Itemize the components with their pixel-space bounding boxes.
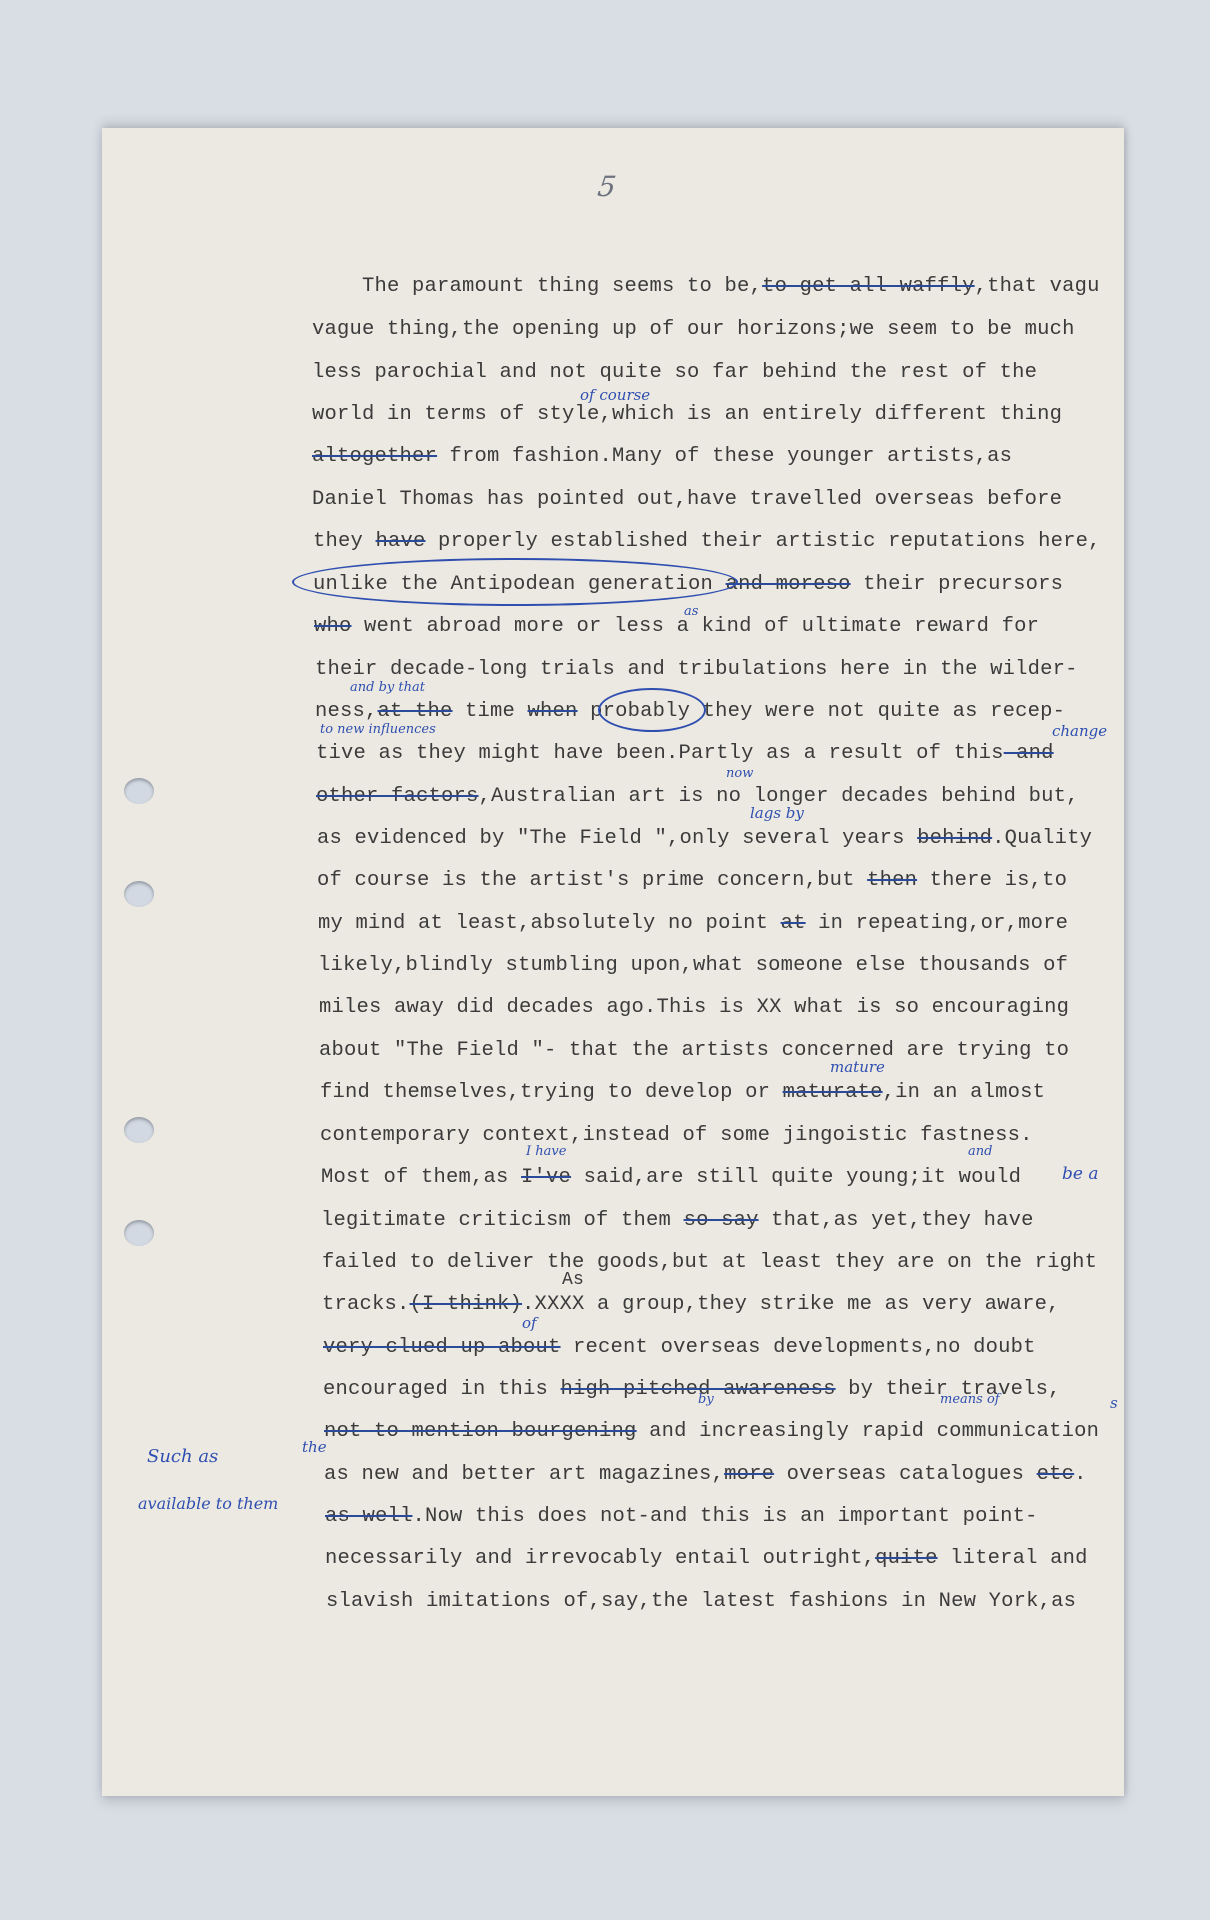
typed-line: world in terms of style,which is an enti… [312,403,1062,427]
typed-line: as new and better art magazines,more ove… [324,1463,1087,1487]
typed-line: contemporary context,instead of some jin… [320,1124,1033,1148]
typed-line: altogether from fashion.Many of these yo… [312,445,1012,469]
typed-line: their decade-long trials and tribulation… [315,658,1078,682]
struck-text: so say [684,1209,759,1232]
annotation-by: by [698,1392,714,1407]
circle-probably [598,688,706,732]
typed-line: tracks.(I think).XXXX a group,they strik… [322,1293,1060,1317]
struck-text: at the [378,700,453,723]
typed-line: slavish imitations of,say,the latest fas… [326,1590,1076,1614]
typed-line: Daniel Thomas has pointed out,have trave… [312,488,1062,512]
annotation-now: now [726,766,753,781]
struck-text: as well [325,1505,413,1528]
struck-text: who [314,615,352,638]
annotation-of: of [522,1314,537,1332]
annotation-as: as [684,604,698,619]
annotation-and-by-that: and by that [350,680,425,695]
document-page: 5 The paramount thing seems to be,to get… [102,128,1124,1796]
struck-text: I've [521,1166,571,1189]
struck-text: then [867,869,917,892]
struck-text: to get all waffly [762,275,975,298]
struck-text: (I think) [410,1293,523,1316]
annotation-mature: mature [830,1058,885,1076]
annotation-such-as: Such as [147,1446,218,1467]
typed-line: as evidenced by "The Field ",only severa… [317,827,1092,851]
typed-line: as well.Now this does not-and this is an… [325,1505,1038,1529]
typed-line: very clued up about recent overseas deve… [323,1336,1036,1360]
struck-text: altogether [312,445,437,468]
typed-line: find themselves,trying to develop or mat… [320,1081,1045,1105]
typed-line: other factors,Australian art is no longe… [316,785,1079,809]
typed-line: my mind at least,absolutely no point at … [318,912,1068,936]
typed-line: failed to deliver the goods,but at least… [322,1251,1097,1275]
circle-antipodean-generation [292,558,738,606]
typed-line: not to mention bourgening and increasing… [324,1420,1099,1444]
typed-line: The paramount thing seems to be,to get a… [362,275,1100,299]
typed-line: tive as they might have been.Partly as a… [316,742,1054,766]
annotation-means-of: means of [940,1392,1000,1407]
annotation-be-a: be a [1062,1164,1098,1184]
typed-line: Most of them,as I've said,are still quit… [321,1166,1021,1190]
typed-line: likely,blindly stumbling upon,what someo… [318,954,1068,978]
typed-line: who went abroad more or less a kind of u… [314,615,1039,639]
typed-line: less parochial and not quite so far behi… [312,361,1037,385]
struck-text: not to mention bourgening [324,1420,637,1443]
punch-hole [124,1117,154,1143]
struck-text: more [724,1463,774,1486]
struck-text: have [376,530,426,553]
annotation-s: s [1110,1394,1118,1412]
annotation-the: the [302,1438,327,1456]
annotation-and: and [968,1144,992,1159]
typed-line: of course is the artist's prime concern,… [317,869,1067,893]
struck-text: maturate [783,1081,883,1104]
struck-text: quite [875,1547,938,1570]
typed-line: necessarily and irrevocably entail outri… [325,1547,1088,1571]
struck-text: very clued up about [323,1336,561,1359]
annotation-available-to-them: available to them [138,1494,278,1513]
annotation-to-new-influences: to new influences [320,722,436,737]
annotation-lags-by: lags by [750,804,804,822]
punch-hole [124,881,154,907]
typed-line: about "The Field "- that the artists con… [319,1039,1069,1063]
struck-text: and moreso [726,573,851,596]
typed-line: miles away did decades ago.This is XX wh… [319,996,1069,1020]
annotation-of-course: of course [580,386,650,404]
typed-line: they have properly established their art… [313,530,1101,554]
struck-text: other factors [316,785,479,808]
punch-hole [124,1220,154,1246]
annotation-i-have: I have [526,1144,566,1159]
typed-insert-as: As [562,1268,584,1292]
punch-hole [124,778,154,804]
struck-text: etc [1037,1463,1075,1486]
struck-text: behind [917,827,992,850]
typed-line: legitimate criticism of them so say that… [321,1209,1034,1233]
annotation-change: change [1052,722,1107,740]
struck-text: when [528,700,578,723]
page-number: 5 [596,170,618,203]
struck-text: at [781,912,806,935]
struck-text: and [1004,742,1054,765]
typed-line: vague thing,the opening up of our horizo… [312,318,1075,342]
